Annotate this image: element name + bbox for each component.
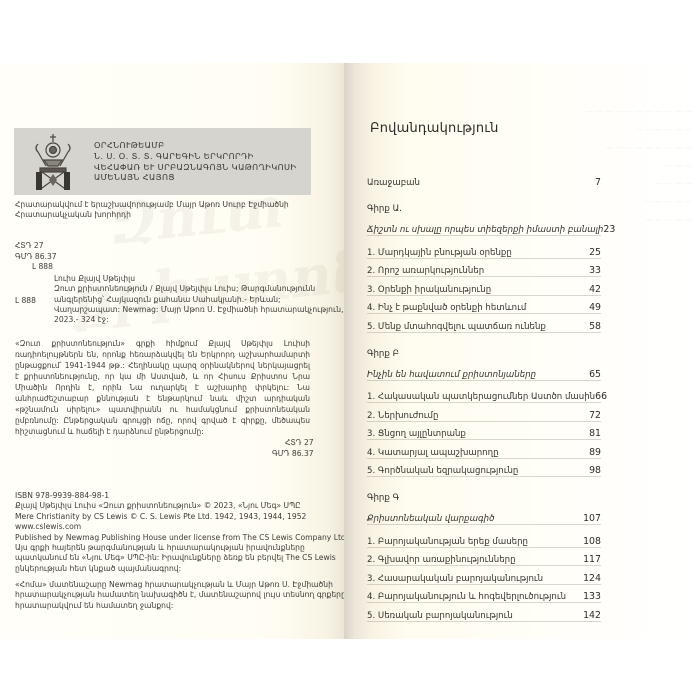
toc-entry-title: 2. Որոշ առարկություններ (367, 266, 484, 276)
toc-part: Գիրք Գ Քրիստոնեական վարքագիծ 107 1. Բարո… (367, 491, 601, 622)
copyright-line: Published by Newmag Publishing House und… (15, 533, 348, 543)
toc-foreword: Առաջաբան 7 (367, 169, 601, 188)
catalog-entry-mark: Լ 888 (15, 296, 36, 306)
chapter-list: 1. Հակասական պատկերացումներ Աստծո մասին6… (367, 385, 601, 478)
toc-page-number: 25 (589, 247, 601, 258)
toc-page-number: 7 (595, 177, 601, 188)
series-note-line: «Հոմա» մատենաշարը Newmag հրատարակչության… (15, 580, 346, 590)
book-annotation: «Զուտ քրիստոնեություն» գրքի հիմքում Քլայ… (15, 338, 310, 437)
toc-entry-title: 5. Սեռական բարոյականություն (367, 611, 513, 621)
chapter-list: 1. Մարդկային բնության օրենքը252. Որոշ առ… (367, 240, 601, 333)
toc-entry-title: 1. Հակասական պատկերացումներ Աստծո մասին (367, 392, 595, 402)
toc-entry-title: 5. Գործնական եզրակացությունը (367, 466, 518, 476)
toc-entry-title: 1. Մարդկային բնության օրենքը (367, 248, 512, 258)
copyright-line: պատկանում են «Նյու Մեգ» ՍՊԸ-ին: Իրավունք… (15, 553, 348, 563)
udc-code: ՀՏԴ 27 (272, 438, 314, 449)
toc-chapter-row[interactable]: 1. Բարոյականության երեք մասերը108 (367, 529, 601, 548)
toc-entry-title: 3. Օրենքի իրականությունը (367, 285, 491, 295)
lbc-code: ԳՄԴ 86.37 (15, 252, 57, 263)
toc-chapter-row[interactable]: 3. Հասարակական բարոյականություն124 (367, 566, 601, 585)
part-label: Գիրք Բ (367, 347, 601, 361)
chapter-list: 1. Բարոյականության երեք մասերը1082. Գլխա… (367, 529, 601, 622)
toc-page-number: 133 (583, 591, 601, 602)
toc-page-number: 124 (583, 573, 601, 584)
approval-note: Հրատարակվում է երաշխավորությամբ Մայր Աթո… (15, 200, 289, 220)
imprint-line: ՎԵՀԱՓԱՌ ԵՒ ՍՐԲԱԶՆԱԳՈՅՆ ԿԱԹՈՂԻԿՈՍԻ (94, 162, 296, 173)
toc-chapter-row[interactable]: 2. Գլխավոր առաքինությունները117 (367, 548, 601, 567)
imprint-box: ՕՐՀՆՈՒԹԵԱՄԲ Ն. Ս. Օ. Տ. Տ. ԳԱՐԵԳԻՆ ԵՐԿՐՈ… (14, 128, 311, 195)
catalog-line: 2023.- 324 էջ: (54, 315, 343, 325)
toc-page-number: 65 (589, 369, 601, 380)
lbc-code: ԳՄԴ 86.37 (272, 449, 314, 460)
toc-entry-title: 4. Բարոյականություն և հոգեվերլուծություն (367, 592, 566, 602)
toc-parts: Գիրք Ա. Ճիշտն ու սխալը որպես տիեզերքի իմ… (367, 202, 601, 622)
toc-title: Բովանդակություն (370, 121, 499, 136)
toc-entry-title: 1. Բարոյականության երեք մասերը (367, 537, 528, 547)
toc-page-number: 23 (603, 224, 615, 235)
part-title-row[interactable]: Ինչին են հավատում քրիստոնյաները 65 (367, 361, 601, 381)
toc-chapter-row[interactable]: 2. Ներխուժումը72 (367, 403, 601, 422)
toc-entry-title: 4. Կատարյալ ապաշխարողը (367, 448, 499, 458)
series-note-line: հրատարակվում են համատեղ ջանքով: (15, 601, 346, 611)
toc-row[interactable]: Առաջաբան 7 (367, 169, 601, 188)
catalog-line: Վաղարշապատ: Newmag: Մայր Աթոռ Ս. Էջմիածն… (54, 305, 343, 315)
toc-chapter-row[interactable]: 4. Կատարյալ ապաշխարողը89 (367, 440, 601, 459)
toc-page-number: 72 (589, 410, 601, 421)
toc-page-number: 107 (583, 513, 601, 524)
approval-line: Հրատարակվում է երաշխավորությամբ Մայր Աթո… (15, 200, 289, 210)
toc-page-number: 142 (583, 610, 601, 621)
toc-page-number: 58 (589, 321, 601, 332)
copyright-line: Քլայվ Սթեյփլս Լուիս «Զուտ քրիստոնեությու… (15, 501, 348, 511)
toc-chapter-row[interactable]: 4. Ինչ է թաքնված օրենքի հետևում49 (367, 296, 601, 315)
imprint-text: ՕՐՀՆՈՒԹԵԱՄԲ Ն. Ս. Օ. Տ. Տ. ԳԱՐԵԳԻՆ ԵՐԿՐՈ… (94, 140, 296, 182)
part-title: Ինչին են հավատում քրիստոնյաները (367, 370, 536, 380)
part-title-row[interactable]: Ճիշտն ու սխալը որպես տիեզերքի իմաստի բան… (367, 216, 601, 236)
toc-entry-title: 5. Մենք մտահոգվելու պատճառ ունենք (367, 322, 546, 332)
toc-chapter-row[interactable]: 5. Գործնական եզրակացությունը98 (367, 459, 601, 478)
classification-codes-repeat: ՀՏԴ 27 ԳՄԴ 86.37 (272, 438, 314, 459)
author-mark: Լ 888 (15, 262, 57, 273)
part-title: Ճիշտն ու սխալը որպես տիեզերքի իմաստի բան… (367, 225, 603, 235)
church-emblem-icon (26, 132, 80, 192)
toc-page-number: 89 (589, 447, 601, 458)
show-through-text: — — — — — — — — — — —— — — — — —— — — — … (586, 103, 692, 229)
toc-chapter-row[interactable]: 3. Օրենքի իրականությունը42 (367, 277, 601, 296)
copyright-line: Mere Christianity by CS Lewis © C. S. Le… (15, 512, 348, 522)
series-note-line: հրատարակչության համատեղ նախագիծն է, մատե… (15, 590, 346, 600)
toc-chapter-row[interactable]: 3. Ցնցող այլընտրանք81 (367, 422, 601, 441)
series-note: «Հոմա» մատենաշարը Newmag հրատարակչության… (15, 580, 346, 611)
left-page-copyright: Զուտ քրիստոն ՕՐՀՆՈՒԹԵԱՄԲ Ն. Ս. Օ. Տ. Տ. … (0, 63, 344, 639)
toc-page-number: 108 (583, 536, 601, 547)
toc-chapter-row[interactable]: 1. Մարդկային բնության օրենքը25 (367, 240, 601, 259)
toc-entry-title: 2. Ներխուժումը (367, 411, 438, 421)
classification-codes: ՀՏԴ 27 ԳՄԴ 86.37 Լ 888 (15, 241, 57, 273)
udc-code: ՀՏԴ 27 (15, 241, 57, 252)
toc-entry-title: 3. Հասարակական բարոյականություն (367, 574, 543, 584)
toc-page-number: 42 (589, 284, 601, 295)
toc-entry-title: 4. Ինչ է թաքնված օրենքի հետևում (367, 303, 526, 313)
website-link: www.cslewis.com (15, 522, 348, 532)
toc-page-number: 66 (595, 391, 607, 402)
isbn: ISBN 978-9939-884-98-1 (15, 491, 348, 501)
toc-page-number: 81 (589, 428, 601, 439)
toc-part: Գիրք Ա. Ճիշտն ու սխալը որպես տիեզերքի իմ… (367, 202, 601, 333)
toc-entry-title: 2. Գլխավոր առաքինությունները (367, 555, 516, 565)
part-title: Քրիստոնեական վարքագիծ (367, 514, 494, 524)
toc-chapter-row[interactable]: 5. Մենք մտահոգվելու պատճառ ունենք58 (367, 314, 601, 333)
toc-page-number: 98 (589, 465, 601, 476)
toc-page-number: 33 (589, 265, 601, 276)
toc-chapter-row[interactable]: 2. Որոշ առարկություններ33 (367, 259, 601, 278)
catalog-entry: Լուիս Քլայվ Սթեյփլս Զուտ քրիստոնեություն… (54, 274, 343, 325)
catalog-line: Զուտ քրիստոնեություն / Քլայվ Սթեյփլս Լու… (54, 284, 343, 294)
toc-entry-title: Առաջաբան (367, 178, 420, 188)
toc-chapter-row[interactable]: 4. Բարոյականություն և հոգեվերլուծություն… (367, 585, 601, 604)
imprint-line: ՕՐՀՆՈՒԹԵԱՄԲ (94, 140, 296, 151)
approval-line: Հրատարակչական խորհրդի (15, 210, 289, 220)
copyright-block: ISBN 978-9939-884-98-1 Քլայվ Սթեյփլս Լու… (15, 491, 348, 574)
catalog-line: Լուիս Քլայվ Սթեյփլս (54, 274, 343, 284)
toc-entry-title: 3. Ցնցող այլընտրանք (367, 429, 466, 439)
imprint-line: ԱՄԵՆԱՅՆ ՀԱՅՈՑ (94, 172, 296, 183)
copyright-line: ընկերության հետ կնքած պայմանագրով: (15, 564, 348, 574)
catalog-line: անգլերենից՝ Հայկազուն քահանա Սահակյանի.-… (54, 295, 343, 305)
toc-page-number: 49 (589, 302, 601, 313)
part-label: Գիրք Ա. (367, 202, 601, 216)
part-title-row[interactable]: Քրիստոնեական վարքագիծ 107 (367, 505, 601, 525)
toc-chapter-row[interactable]: 1. Հակասական պատկերացումներ Աստծո մասին6… (367, 385, 601, 404)
part-label: Գիրք Գ (367, 491, 601, 505)
imprint-line: Ն. Ս. Օ. Տ. Տ. ԳԱՐԵԳԻՆ ԵՐԿՐՈՐԴԻ (94, 151, 296, 162)
toc-part: Գիրք Բ Ինչին են հավատում քրիստոնյաները 6… (367, 347, 601, 478)
toc-page-number: 117 (583, 554, 601, 565)
copyright-line: Այս գրքի հայերեն թարգմանության և հրատարա… (15, 543, 348, 553)
toc-chapter-row[interactable]: 5. Սեռական բարոյականություն142 (367, 603, 601, 622)
